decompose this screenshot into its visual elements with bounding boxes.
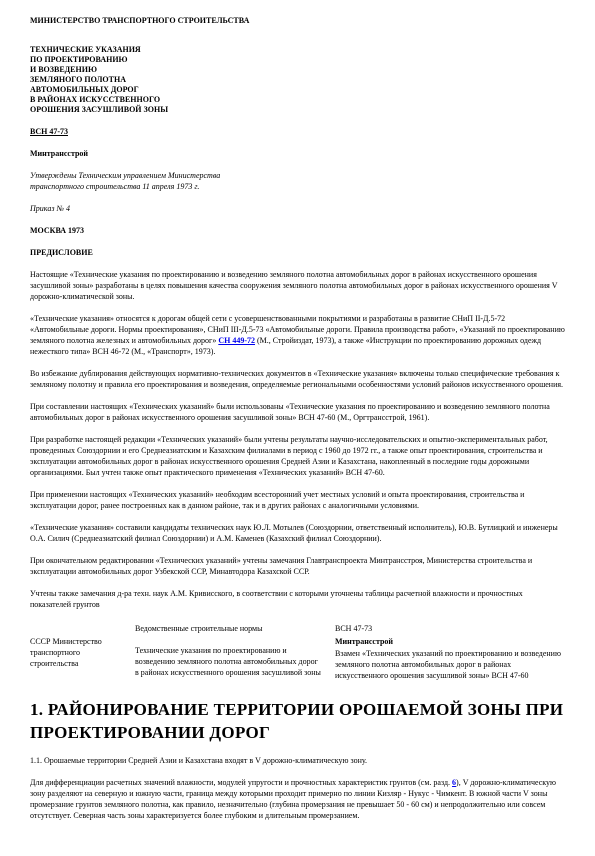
sn-449-72-link[interactable]: СН 449-72 bbox=[218, 336, 255, 345]
norm-title: Технические указания по проектированию и… bbox=[135, 645, 321, 678]
doc-title-line: ЗЕМЛЯНОГО ПОЛОТНА bbox=[30, 75, 565, 85]
preface-paragraph-2: «Технические указания» относятся к дорог… bbox=[30, 313, 565, 357]
norm-type: Ведомственные строительные нормы bbox=[135, 623, 321, 634]
document-page: МИНИСТЕРСТВО ТРАНСПОРТНОГО СТРОИТЕЛЬСТВА… bbox=[0, 0, 595, 856]
preface-paragraph-6: При применении настоящих «Технических ук… bbox=[30, 489, 565, 511]
doc-title-line: АВТОМОБИЛЬНЫХ ДОРОГ bbox=[30, 85, 565, 95]
doc-title-line: ПО ПРОЕКТИРОВАНИЮ bbox=[30, 55, 565, 65]
preface-paragraph-8: При окончательном редактировании «Технич… bbox=[30, 555, 565, 577]
agency-name: Минтрансстрой bbox=[30, 148, 565, 159]
approval-note: Утверждены Техническим управлением Минис… bbox=[30, 170, 265, 192]
preface-paragraph-1: Настоящие «Технические указания по проек… bbox=[30, 269, 565, 302]
norm-number: ВСН 47-73 bbox=[335, 623, 565, 634]
clause-1-1: 1.1. Орошаемые территории Средней Азии и… bbox=[30, 755, 565, 766]
ministry-line: МИНИСТЕРСТВО ТРАНСПОРТНОГО СТРОИТЕЛЬСТВА bbox=[30, 15, 565, 26]
section-1-heading: 1. РАЙОНИРОВАНИЕ ТЕРРИТОРИИ ОРОШАЕМОЙ ЗО… bbox=[30, 698, 565, 744]
norms-title-cell: Ведомственные строительные нормы Техниче… bbox=[135, 623, 335, 681]
preface-heading: ПРЕДИСЛОВИЕ bbox=[30, 247, 565, 258]
preface-paragraph-5: При разработке настоящей редакции «Техни… bbox=[30, 434, 565, 478]
text-segment: Для дифференциации расчетных значений вл… bbox=[30, 778, 452, 787]
place-year: МОСКВА 1973 bbox=[30, 225, 565, 236]
doc-title-line: ОРОШЕНИЯ ЗАСУШЛИВОЙ ЗОНЫ bbox=[30, 105, 565, 115]
norm-agency: Минтрансстрой bbox=[335, 636, 565, 647]
document-title: ТЕХНИЧЕСКИЕ УКАЗАНИЯ ПО ПРОЕКТИРОВАНИЮ И… bbox=[30, 45, 565, 115]
doc-title-line: В РАЙОНАХ ИСКУССТВЕННОГО bbox=[30, 95, 565, 105]
norm-replaces: Взамен «Технических указаний по проектир… bbox=[335, 648, 565, 681]
norms-number-cell: ВСН 47-73 Минтрансстрой Взамен «Техничес… bbox=[335, 623, 565, 681]
norms-table: СССР Министерство транспортного строител… bbox=[30, 623, 565, 681]
section-1-paragraph-2: Для дифференциации расчетных значений вл… bbox=[30, 777, 565, 821]
doc-title-line: ТЕХНИЧЕСКИЕ УКАЗАНИЯ bbox=[30, 45, 565, 55]
preface-paragraph-4: При составлении настоящих «Технических у… bbox=[30, 401, 565, 423]
doc-number: ВСН 47-73 bbox=[30, 126, 565, 137]
doc-title-line: И ВОЗВЕДЕНИЮ bbox=[30, 65, 565, 75]
preface-paragraph-7: «Технические указания» составили кандида… bbox=[30, 522, 565, 544]
preface-paragraph-9: Учтены также замечания д-ра техн. наук А… bbox=[30, 588, 565, 610]
doc-number-text: ВСН 47-73 bbox=[30, 127, 68, 136]
norms-issuer-cell: СССР Министерство транспортного строител… bbox=[30, 623, 135, 681]
preface-paragraph-3: Во избежание дублирования действующих но… bbox=[30, 368, 565, 390]
order-number: Приказ № 4 bbox=[30, 203, 565, 214]
